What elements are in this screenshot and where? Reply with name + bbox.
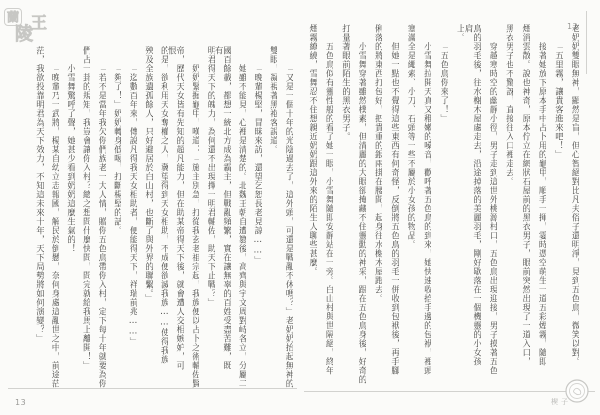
header-rule-right-page <box>586 11 587 74</box>
text-column: 打量著眼前陌生的黑衣男子。 <box>333 24 349 374</box>
page-number-left: 13 <box>15 398 26 407</box>
text-column: 上。 <box>448 24 464 374</box>
brand-logo-wang: 王 <box>31 15 47 31</box>
text-column: 「又是一個十年的光陰過去了，這外頭，可還是戰亂不休嗎？」老奶奶抬起無神的 <box>277 46 293 394</box>
text-column: 殃及全族遺孤餘人，只好避居於白山村，也斷了與外界的聯繫。」 <box>137 46 153 376</box>
text-column: 黑衣男子也不驚訝，直接往入口裡走去。 <box>497 24 513 374</box>
text-column: 煙霧繚繞，雪舞忍不住想親近奶奶跟這外來的陌生人聊些甚麼。 <box>300 24 316 374</box>
footer-rule-right-page <box>304 391 595 392</box>
footer-rule-left-page <box>8 388 297 389</box>
text-column: 帝，歷代天女皆有先知的超凡能力，但在助某帝得天下後，就會遭人交相嫉妒，可恨 <box>168 46 184 376</box>
text-column: 穿越寒時空的幽靜小徑，男子走到這世外桃源村口，五色鳥出現迎接，男子摸著五色 <box>481 24 497 392</box>
text-column: 俐落的將東西打包好，把貴重的銀兩掛在腰間，起身往水榭木屋跑去。 <box>366 24 382 374</box>
left-page-text: 「又是一個十年的光陰過去了，這外頭，可還是戰亂不休嗎？」老奶奶抬起無神的雙眼，凝… <box>27 46 293 376</box>
text-column: 「晚輩乃一武將，楊某自幼立志報國，解民於倒懸，奈何身處這亂世之中，前途茫 <box>44 46 60 394</box>
text-column: 小雪舞拉開天真又稚嫩的嗓音，歡呼著五色鳥的到來，她快速收拾手邊的包袱，裡頭 <box>415 24 431 392</box>
text-column: 五色鳥似有靈性般的看了她一眼，小雪舞隨即安靜站在一旁。白山村與世隔絕，終年 <box>317 24 333 392</box>
book-spread: 蘭 陵 王 12 老奶奶雙眼無神，顯然是盲，但心智絕對比凡夫俗子還明淨，見到五色… <box>0 0 600 415</box>
text-column: 鳥的羽毛後，往水榭木屋處走去，沿途掉落的美麗羽毛，剛好歇落在一個機靈的小女孩肩 <box>464 24 480 374</box>
text-column: 「晚輩楊堅，冒昧來訪，還望乞恕長老見諒……」 <box>246 46 262 394</box>
publisher-stamp-icon <box>565 379 589 403</box>
right-page-text: 老奶奶雙眼無神，顯然是盲，但心智絕對比凡夫俗子還明淨，見到五色鳥，微笑以對。「五… <box>299 24 579 374</box>
text-column: 她雖不能見，心裡是清楚的。北魏王朝自遭篡後，高齊與宇文周對峙各立，分屬二 <box>231 46 247 394</box>
text-column: 「五色鳥你來了！」 <box>431 24 447 392</box>
text-column: 奶奶緊握龜甲，嘆道：「施主別急，打從我玄老祖宗起，我族便以占卜之術輔佐賢 <box>184 46 200 394</box>
text-column: 明君得天下的魄力，為何還不出現擇一明君輔佐，助天下止戰？」 <box>199 46 215 376</box>
text-column: 「夠了！」奶奶轉身低喝，打斷楊堅的話。 <box>106 46 122 394</box>
text-column: 但她一點也不覺得這些東西有何奇怪，反倒將五色鳥的羽毛一併收到包袱後，再手腳 <box>382 24 398 392</box>
text-column: 茫，我欲投靠明君為天下效力，不知這未來十年，天下局勢將如何演變？」 <box>28 46 44 376</box>
text-column: 老奶奶雙眼無神，顯然是盲，但心智絕對比凡夫俗子還明淨，見到五色鳥，微笑以對。 <box>563 24 579 374</box>
text-column: 接著她放下原本手中占卜用的龜甲，順手一揮，霎時憑空萌生一道五彩煙霧，隨即 <box>530 24 546 392</box>
text-column: 煙消雲散。說也神奇，原本佇立在網狀石屋前的黑衣男子，眼前突然出現了一道入口， <box>513 24 529 374</box>
text-column: 小雪舞驚呼了聲，她甚少看到奶奶這麼生氣的！ <box>59 46 75 394</box>
text-column: 們占一卦的規矩，我豈會讓你入村？總之想問什麼快問，問完就給我馬上離開！」 <box>75 46 91 376</box>
text-column: 雙眼，凝視著黑袍客說道。 <box>262 46 278 376</box>
text-column: 「五里霧，讓貴客進來吧！」 <box>546 24 562 392</box>
text-column: 「迄數百年來，傳說凡得我天女相助者，便能得天下，祥瑞前兆……」 <box>121 46 137 394</box>
text-column: 的是，欲利用天女奪權之人，冀望得到天女相助，不成便欲滅我族……使得我族 <box>153 46 169 376</box>
text-column: 「若不是當年我欠你們族老一大人情，贈你五色鳥帶你入村，定下每十年就要為你 <box>90 46 106 394</box>
text-column: 國百餘載，都想一統北方成為霸主，但戰亂頻繁，實在讓無辜的百姓受盡苦難，既有 <box>215 46 231 376</box>
text-column: 小雪舞穿著雖然樸素，但清麗的大眼卻掩藏不住靈動的神采，跟在五色鳥身後，好奇的 <box>350 24 366 392</box>
text-column: 塞滿全是繩索、小刀、石頭等一些不屬於小女孩的物品。 <box>399 24 415 374</box>
